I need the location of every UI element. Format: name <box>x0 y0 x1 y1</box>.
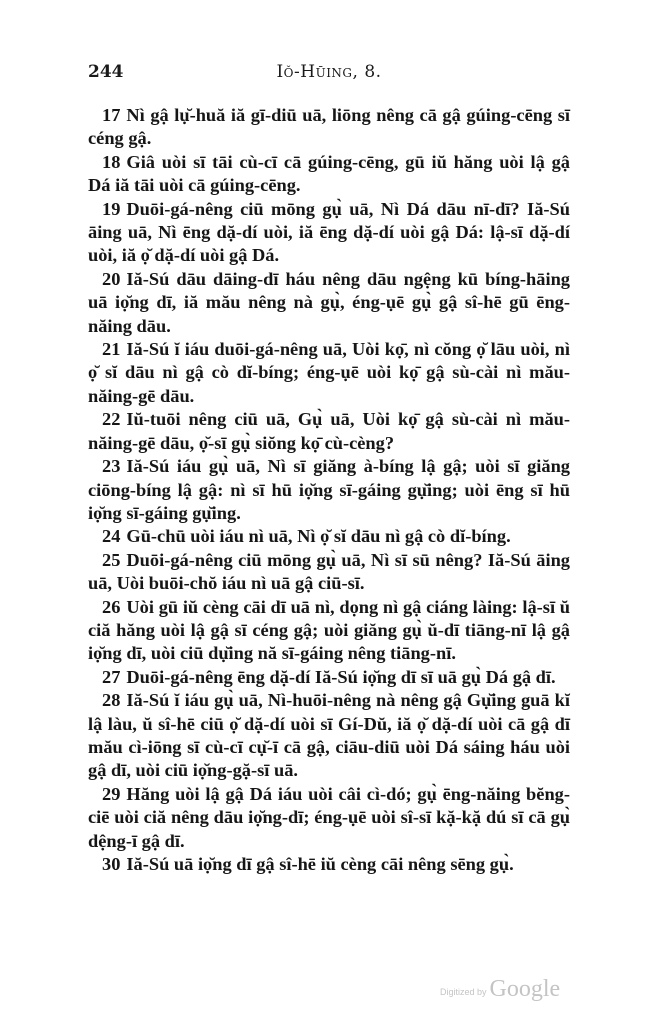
verse-number: 27 <box>102 667 120 687</box>
verse-text: Iă-Sú iáu gụ̀ uā, Nì sī giăng à-bíng lậ … <box>88 456 570 523</box>
verse-27: 27Duōi-gá-nêng ēng dặ-dí Iă-Sú iọ̆ng dī … <box>88 666 570 689</box>
verse-24: 24Gū-chū uòi iáu nì uā, Nì ọ̆ sĭ dāu nì … <box>88 525 570 548</box>
google-logo: Google <box>490 976 561 1002</box>
verse-text: Duōi-gá-nêng ēng dặ-dí Iă-Sú iọ̆ng dī sī… <box>126 667 555 687</box>
verse-number: 29 <box>102 784 120 804</box>
verse-text: Iă-Sú ĭ iáu gụ̀ uā, Nì-huōi-nêng nà nêng… <box>88 690 570 780</box>
verse-number: 24 <box>102 526 120 546</box>
verse-22: 22Iŭ-tuōi nêng ciū uā, Gụ̀ uā, Uòi kọ̄ g… <box>88 408 570 455</box>
verse-number: 17 <box>102 105 120 125</box>
verse-29: 29Hăng uòi lậ gậ Dá iáu uòi câi cì-dó; g… <box>88 783 570 853</box>
verse-text: Iă-Sú ĭ iáu duōi-gá-nêng uā, Uòi kọ̄, nì… <box>88 339 570 406</box>
digitized-watermark: Digitized byGoogle <box>440 976 560 1003</box>
verse-number: 20 <box>102 269 120 289</box>
verse-number: 19 <box>102 199 120 219</box>
verse-30: 30Iă-Sú uā iọ̆ng dī gậ sî-hē iŭ cèng cāi… <box>88 853 570 876</box>
verse-number: 21 <box>102 339 120 359</box>
verse-text: Iă-Sú dāu dāing-dī háu nêng dāu ngệng kū… <box>88 269 570 336</box>
verse-19: 19Duōi-gá-nêng ciū mōng gụ̀ uā, Nì Dá dā… <box>88 198 570 268</box>
verse-number: 26 <box>102 597 120 617</box>
verse-text: Duōi-gá-nêng ciū mōng gụ̀ uā, Nì Dá dāu … <box>88 199 570 266</box>
verse-26: 26Uòi gū iŭ cèng cāi dī uā nì, dọng nì g… <box>88 596 570 666</box>
chapter-title: Iǒ-Hūing, 8. <box>88 62 570 82</box>
verse-number: 22 <box>102 409 120 429</box>
verse-number: 25 <box>102 550 120 570</box>
verse-text: Iă-Sú uā iọ̆ng dī gậ sî-hē iŭ cèng cāi n… <box>126 854 513 874</box>
verse-23: 23Iă-Sú iáu gụ̀ uā, Nì sī giăng à-bíng l… <box>88 455 570 525</box>
verse-text: Hăng uòi lậ gậ Dá iáu uòi câi cì-dó; gụ̀… <box>88 784 570 851</box>
book-page: 244 Iǒ-Hūing, 8. 17Nì gậ lụ̆-huă iă gī-d… <box>0 0 654 1022</box>
verse-20: 20Iă-Sú dāu dāing-dī háu nêng dāu ngệng … <box>88 268 570 338</box>
verse-text: Uòi gū iŭ cèng cāi dī uā nì, dọng nì gậ … <box>88 597 570 664</box>
verse-text: Giâ uòi sī tāi cù-cī cā gúing-cēng, gū i… <box>88 152 570 195</box>
verse-number: 30 <box>102 854 120 874</box>
verse-number: 23 <box>102 456 120 476</box>
verse-text: Gū-chū uòi iáu nì uā, Nì ọ̆ sĭ dāu nì gậ… <box>126 526 510 546</box>
body-text: 17Nì gậ lụ̆-huă iă gī-diū uā, liōng nêng… <box>88 104 570 876</box>
verse-21: 21Iă-Sú ĭ iáu duōi-gá-nêng uā, Uòi kọ̄, … <box>88 338 570 408</box>
verse-18: 18Giâ uòi sī tāi cù-cī cā gúing-cēng, gū… <box>88 151 570 198</box>
digitized-by-label: Digitized by <box>440 987 487 997</box>
verse-number: 28 <box>102 690 120 710</box>
verse-25: 25Duōi-gá-nêng ciū mōng gụ̀ uā, Nì sī sū… <box>88 549 570 596</box>
verse-17: 17Nì gậ lụ̆-huă iă gī-diū uā, liōng nêng… <box>88 104 570 151</box>
running-head: 244 Iǒ-Hūing, 8. <box>88 62 570 86</box>
verse-text: Duōi-gá-nêng ciū mōng gụ̀ uā, Nì sī sū n… <box>88 550 570 593</box>
verse-text: Nì gậ lụ̆-huă iă gī-diū uā, liōng nêng c… <box>88 105 570 148</box>
verse-28: 28Iă-Sú ĭ iáu gụ̀ uā, Nì-huōi-nêng nà nê… <box>88 689 570 783</box>
verse-text: Iŭ-tuōi nêng ciū uā, Gụ̀ uā, Uòi kọ̄ gậ … <box>88 409 570 452</box>
verse-number: 18 <box>102 152 120 172</box>
